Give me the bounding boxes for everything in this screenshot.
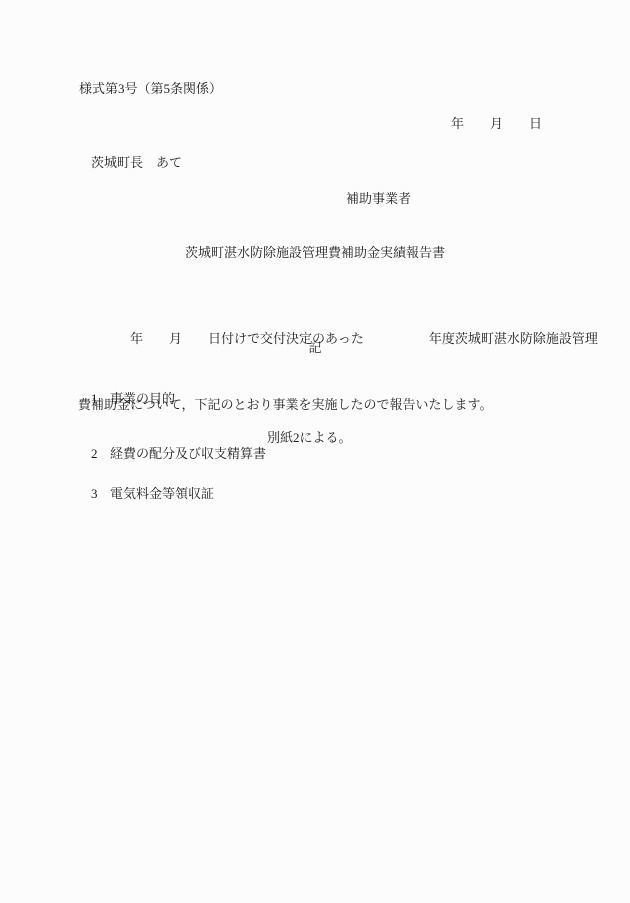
item-3-number: 3: [91, 486, 110, 502]
item-1-label: 事業の目的: [110, 391, 175, 406]
item-2-number: 2: [91, 446, 110, 462]
item-2-value: 別紙2による。: [267, 430, 352, 446]
list-item-1: 1事業の目的: [78, 375, 175, 423]
document-page: 様式第3号（第5条関係） 年 月 日 茨城町長 あて 補助事業者 茨城町湛水防除…: [0, 0, 630, 903]
list-item-3: 3電気料金等領収証: [78, 470, 214, 518]
item-1-number: 1: [91, 391, 110, 407]
record-marker: 記: [0, 340, 630, 356]
form-number: 様式第3号（第5条関係）: [79, 81, 222, 97]
document-title: 茨城町湛水防除施設管理費補助金実績報告書: [0, 245, 630, 261]
item-2-label: 経費の配分及び収支精算書: [110, 446, 266, 461]
item-3-label: 電気料金等領収証: [110, 486, 214, 501]
date-line: 年 月 日: [451, 116, 542, 132]
applicant-label: 補助事業者: [346, 191, 411, 207]
addressee-line: 茨城町長 あて: [91, 155, 182, 171]
